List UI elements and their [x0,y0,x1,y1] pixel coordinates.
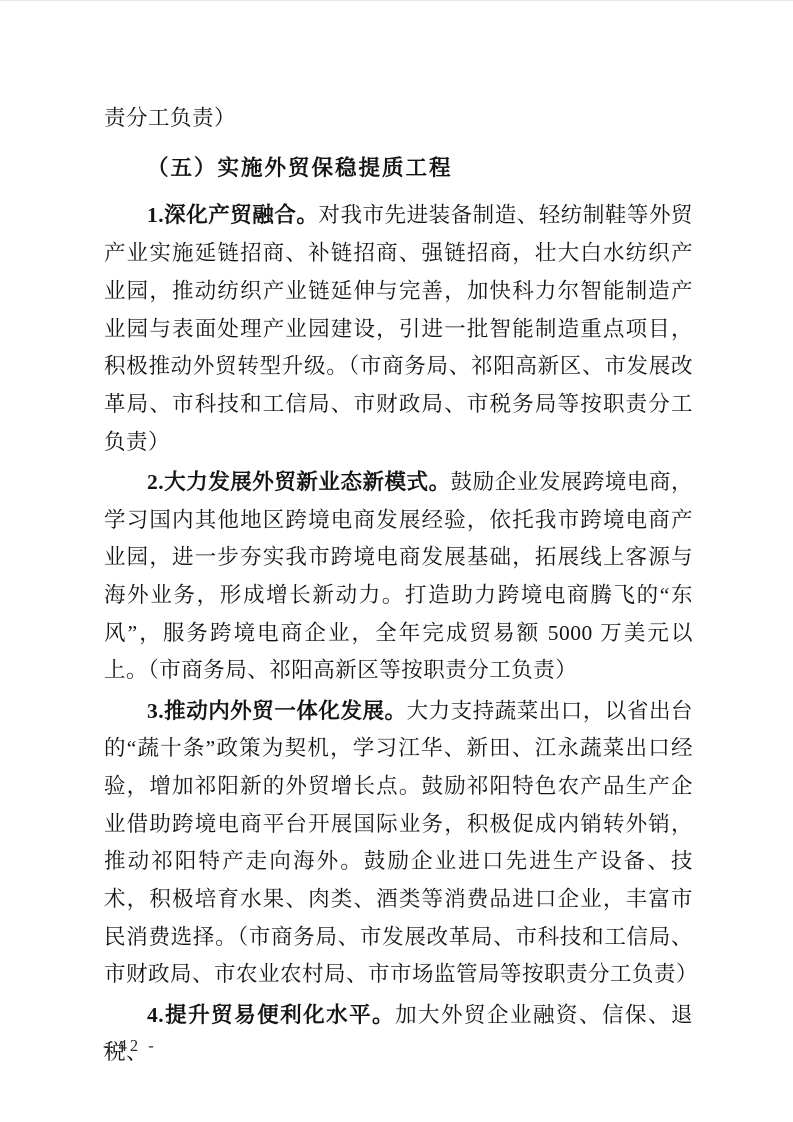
paragraph-2: 2.大力发展外贸新业态新模式。鼓励企业发展跨境电商，学习国内其他地区跨境电商发展… [104,464,693,690]
section-heading: （五）实施外贸保稳提质工程 [104,150,693,188]
paragraph-1: 1.深化产贸融合。对我市先进装备制造、轻纺制鞋等外贸产业实施延链招商、补链招商、… [104,197,693,461]
paragraph-4-lead: 4.提升贸易便利化水平。 [147,1003,395,1027]
paragraph-1-text: 对我市先进装备制造、轻纺制鞋等外贸产业实施延链招商、补链招商、强链招商，壮大白水… [104,203,693,453]
document-page: 责分工负责） （五）实施外贸保稳提质工程 1.深化产贸融合。对我市先进装备制造、… [0,0,793,1122]
paragraph-3: 3.推动内外贸一体化发展。大力支持蔬菜出口，以省出台的“蔬十条”政策为契机，学习… [104,693,693,995]
paragraph-continuation: 责分工负责） [104,100,693,138]
paragraph-3-lead: 3.推动内外贸一体化发展。 [147,699,407,723]
paragraph-1-lead: 1.深化产贸融合。 [147,203,318,227]
paragraph-2-text: 鼓励企业发展跨境电商，学习国内其他地区跨境电商发展经验，依托我市跨境电商产业园，… [104,470,693,683]
document-body: 责分工负责） （五）实施外贸保稳提质工程 1.深化产贸融合。对我市先进装备制造、… [104,100,693,1072]
page-number: - 42 - [103,1036,157,1056]
paragraph-2-lead: 2.大力发展外贸新业态新模式。 [147,470,451,494]
paragraph-3-text: 大力支持蔬菜出口，以省出台的“蔬十条”政策为契机，学习江华、新田、江永蔬菜出口经… [104,699,698,987]
paragraph-4: 4.提升贸易便利化水平。加大外贸企业融资、信保、退税、 [104,997,693,1072]
